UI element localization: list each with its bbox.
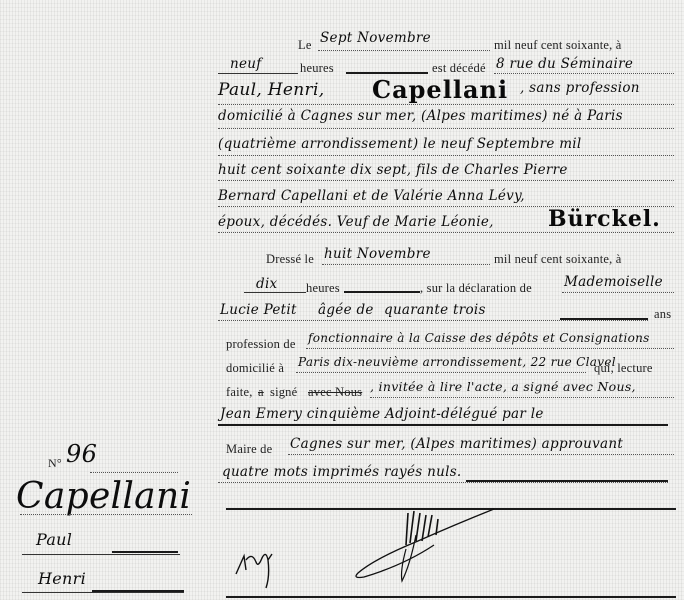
drawup-date: huit Novembre (324, 246, 431, 262)
printed-declaration: , sur la déclaration de (420, 281, 532, 296)
drawup-hour: dix (256, 276, 277, 292)
signature-officer: J. Emery (344, 505, 514, 595)
signature-declarant: L. Petit (232, 530, 282, 590)
declarant-address: Paris dix-neuvième arrondissement, 22 ru… (298, 355, 616, 369)
deceased-surname: Capellani (372, 75, 508, 104)
declarant-age-label: âgée de (318, 302, 374, 318)
printed-signe: signé (270, 385, 297, 400)
printed-ans: ans (654, 307, 671, 322)
signature-officer-scribble-icon (344, 505, 514, 595)
declarant-title: Mademoiselle (564, 274, 663, 290)
signature-bottom-rule (226, 596, 676, 598)
death-place: 8 rue du Séminaire (496, 56, 633, 72)
signing-note: , invitée à lire l'acte, a signé avec No… (370, 379, 636, 394)
margin-given-name-1: Paul (36, 530, 72, 549)
printed-le: Le (298, 38, 312, 53)
printed-struck-avec-nous: avec Nous (308, 385, 362, 400)
record-number-prefix: N° (48, 456, 62, 471)
deceased-birth-line: (quatrième arrondissement) le neuf Septe… (218, 136, 582, 152)
spouse-surname: Bürckel. (548, 206, 661, 232)
printed-heures-2: heures (306, 281, 340, 296)
signature-declarant-scribble-icon (232, 530, 282, 590)
printed-heures: heures (300, 61, 334, 76)
printed-faite: faite, (226, 385, 253, 400)
deceased-profession: , sans profession (520, 80, 640, 96)
record-number: 96 (66, 440, 97, 468)
officer-line: Jean Emery cinquième Adjoint-délégué par… (220, 406, 544, 422)
death-date: Sept Novembre (320, 30, 431, 46)
printed-lecture: qui, lecture (594, 361, 653, 376)
death-hour: neuf (230, 56, 262, 72)
mayor-commune: Cagnes sur mer, (Alpes maritimes) approu… (290, 436, 623, 452)
printed-maire: Maire de (226, 442, 272, 457)
printed-profession: profession de (226, 337, 296, 352)
deceased-domicile-line: domicilié à Cagnes sur mer, (Alpes marit… (218, 108, 623, 124)
declarant-age: quarante trois (384, 302, 486, 318)
margin-given-name-2: Henri (38, 569, 86, 588)
margin-surname: Capellani (16, 476, 191, 517)
declarant-profession: fonctionnaire à la Caisse des dépôts et … (308, 331, 650, 345)
printed-deceased: est décédé (432, 61, 486, 76)
deceased-given-names: Paul, Henri, (218, 80, 324, 100)
printed-year-2: mil neuf cent soixante, à (494, 252, 622, 267)
printed-struck-a: a (258, 385, 264, 400)
deceased-parents-line-2: Bernard Capellani et de Valérie Anna Lév… (218, 188, 525, 204)
printed-domicile: domicilié à (226, 361, 284, 376)
declarant-name: Lucie Petit (220, 302, 297, 318)
erasure-note: quatre mots imprimés rayés nuls. (222, 464, 462, 480)
printed-year: mil neuf cent soixante, à (494, 38, 622, 53)
printed-dresse: Dressé le (266, 252, 314, 267)
deceased-parents-line: huit cent soixante dix sept, fils de Cha… (218, 162, 568, 178)
deceased-spouse-line: époux, décédés. Veuf de Marie Léonie, (218, 214, 494, 230)
